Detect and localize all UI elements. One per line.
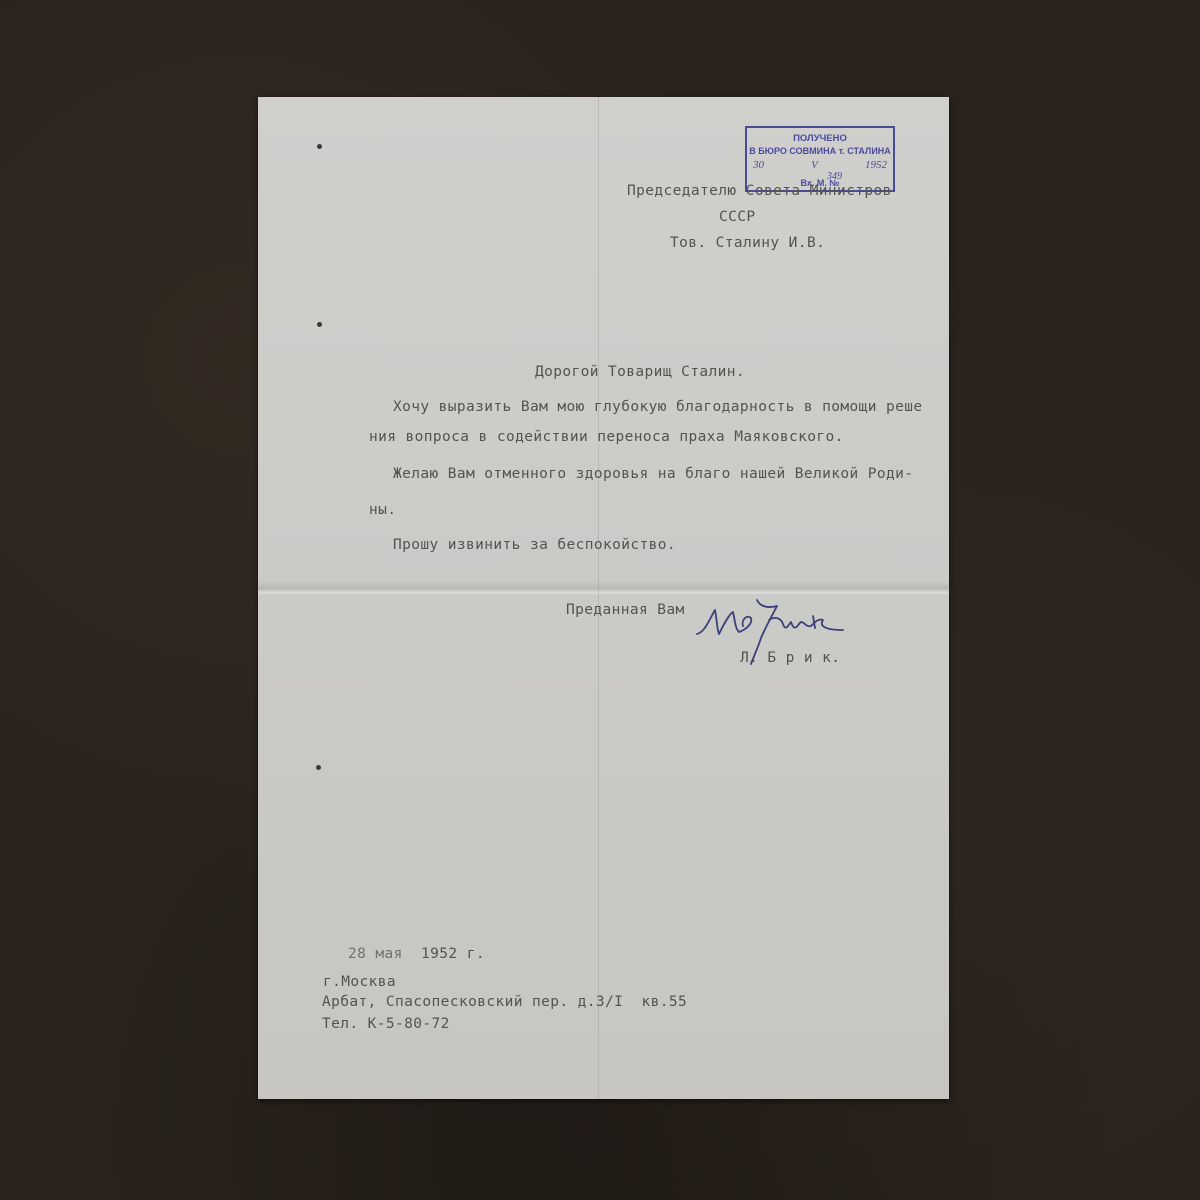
body-paragraph-2-line-2: ны. xyxy=(369,503,396,518)
addressee-line-1: Председателю Совета Министров xyxy=(627,184,892,199)
stamp-title: ПОЛУЧЕНО xyxy=(747,133,893,144)
typed-signature: Л. Б р и к. xyxy=(740,651,840,666)
sender-city: г.Москва xyxy=(323,975,396,990)
stamp-day: 30 xyxy=(753,159,764,171)
body-paragraph-1-line-1: Хочу выразить Вам мою глубокую благодарн… xyxy=(393,400,923,415)
stamp-year: 1952 xyxy=(865,159,887,171)
salutation: Дорогой Товарищ Сталин. xyxy=(535,365,745,380)
closing: Преданная Вам xyxy=(566,603,685,618)
stamp-month: V xyxy=(811,159,818,171)
letter-date: 28 мая 1952 г. xyxy=(348,947,485,962)
horizontal-fold xyxy=(258,581,949,595)
pin-hole xyxy=(317,322,322,327)
body-paragraph-2-line-1: Желаю Вам отменного здоровья на благо на… xyxy=(393,467,913,482)
addressee-line-2: СССР xyxy=(719,210,756,225)
body-paragraph-1-line-2: ния вопроса в содействии переноса праха … xyxy=(369,430,844,445)
date-year: 1952 г. xyxy=(421,946,485,962)
vertical-fold xyxy=(598,97,599,1099)
pin-hole xyxy=(316,765,321,770)
sender-phone: Тел. К-5-80-72 xyxy=(322,1017,450,1032)
stamp-date: 30 V 1952 xyxy=(753,159,887,171)
sender-street: Арбат, Спасопесковский пер. д.3/I кв.55 xyxy=(322,995,687,1010)
body-paragraph-3: Прошу извинить за беспокойство. xyxy=(393,538,676,553)
pin-hole xyxy=(317,144,322,149)
date-day-month: 28 мая xyxy=(348,946,403,962)
addressee-line-3: Тов. Сталину И.В. xyxy=(670,236,825,251)
stamp-bureau: В БЮРО СОВМИНА т. СТАЛИНА xyxy=(747,146,893,156)
